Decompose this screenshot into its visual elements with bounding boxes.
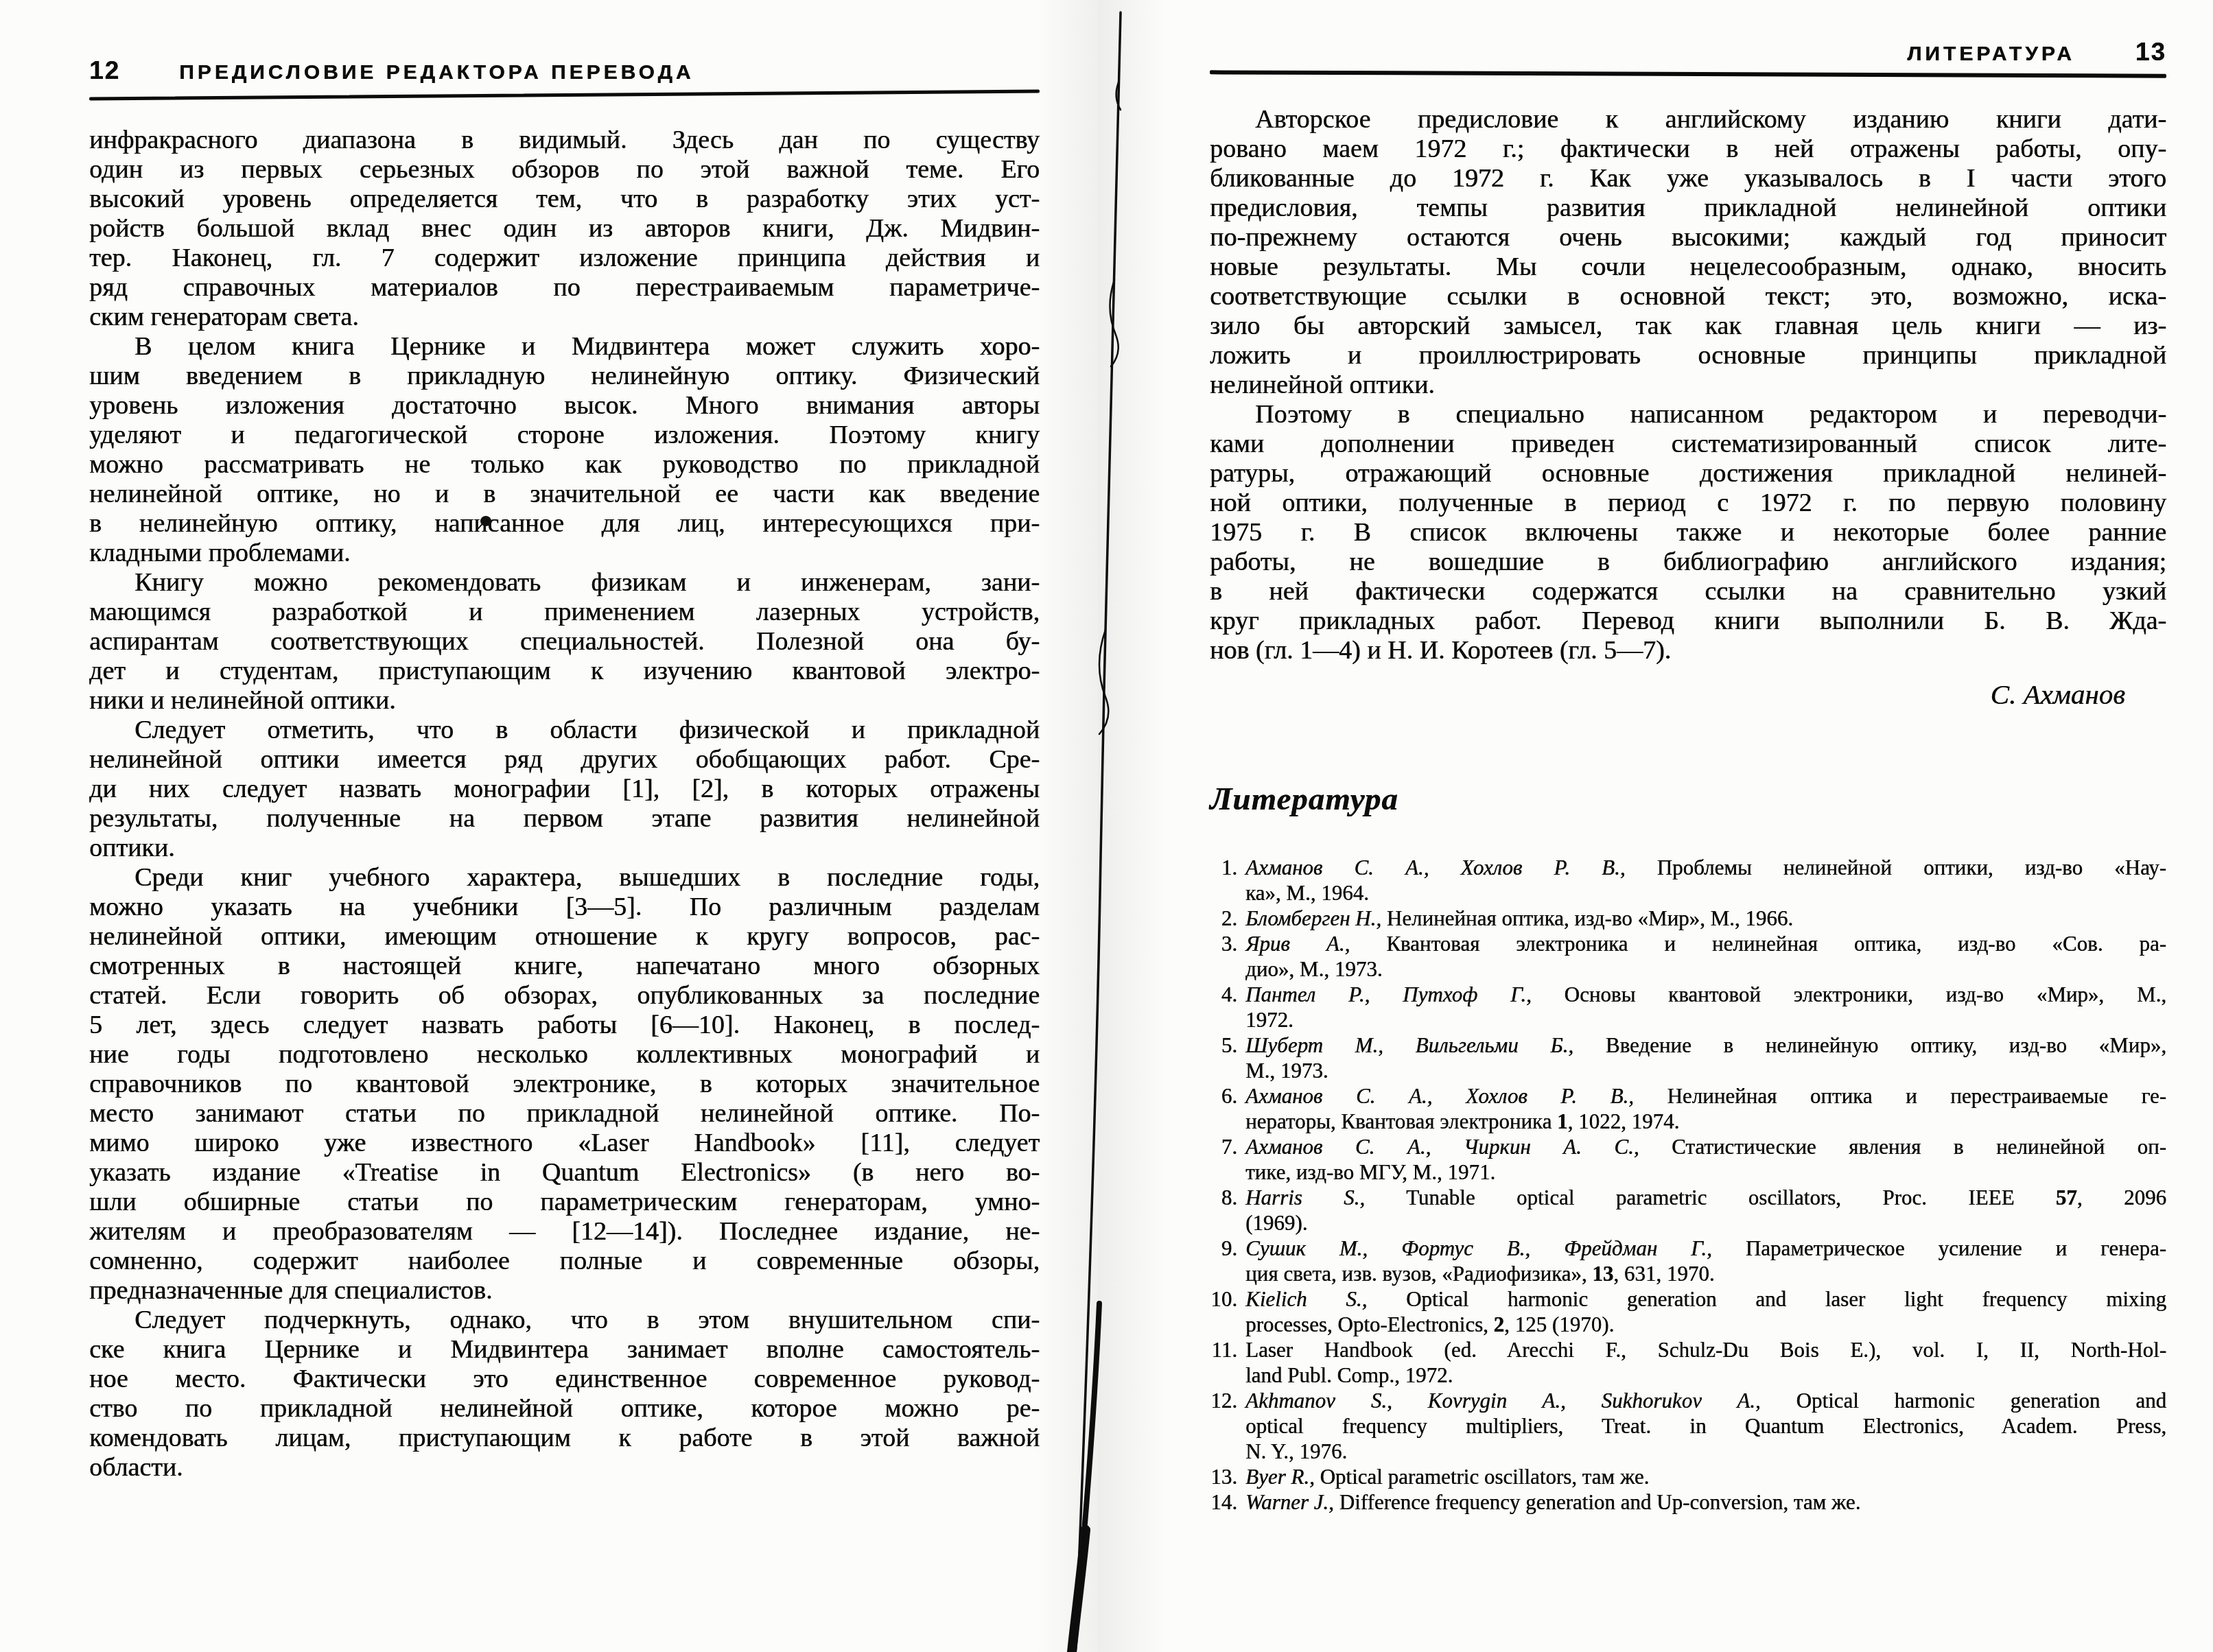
paragraph: Книгу можно рекомендовать физикам и инже… bbox=[89, 568, 1040, 716]
text-line: области. bbox=[89, 1453, 1040, 1483]
text-line: нелинейной оптики. bbox=[1210, 370, 2166, 400]
reference-item: 2.Бломберген Н., Нелинейная оптика, изд-… bbox=[1210, 906, 2166, 931]
text-line: ровано маем 1972 г.; фактически в ней от… bbox=[1210, 134, 2166, 164]
text-line: нераторы, Квантовая электроника 1, 1022,… bbox=[1245, 1109, 2166, 1134]
reference-number: 14. bbox=[1210, 1489, 1237, 1515]
text-line: 5 лет, здесь следует назвать работы [6—1… bbox=[89, 1011, 1040, 1040]
right-header-rule bbox=[1210, 70, 2166, 78]
right-page-number: 13 bbox=[2135, 38, 2166, 67]
text-line: нов (гл. 1—4) и Н. И. Коротеев (гл. 5—7)… bbox=[1210, 636, 2166, 665]
reference-item: 4.Пантел Р., Путхоф Г., Основы квантовой… bbox=[1210, 982, 2166, 1032]
text-line: круг прикладных работ. Перевод книги вып… bbox=[1210, 606, 2166, 636]
text-segment: Ахманов С. А., Чиркин А. С., bbox=[1245, 1135, 1639, 1159]
text-segment: Сушик М., Фортус В., Фрейдман Г., bbox=[1245, 1236, 1712, 1260]
left-running-title: ПРЕДИСЛОВИЕ РЕДАКТОРА ПЕРЕВОДА bbox=[179, 61, 694, 84]
text-segment: Kielich S., bbox=[1245, 1287, 1367, 1311]
reference-number: 8. bbox=[1210, 1185, 1237, 1210]
text-line: Поэтому в специально написанном редактор… bbox=[1210, 400, 2166, 429]
text-segment: Шуберт М., Вильгельми Б., bbox=[1245, 1033, 1573, 1057]
editor-signature: С. Ахманов bbox=[1210, 678, 2166, 711]
reference-item: 3.Ярив А., Квантовая электроника и нелин… bbox=[1210, 931, 2166, 982]
text-line: land Publ. Comp., 1972. bbox=[1245, 1362, 2166, 1388]
text-line: уделяют и педагогической стороне изложен… bbox=[89, 421, 1040, 450]
text-line: уровень изложения достаточно высок. Мног… bbox=[89, 391, 1040, 421]
text-line: Сушик М., Фортус В., Фрейдман Г., Параме… bbox=[1245, 1236, 2166, 1261]
text-line: ди них следует назвать монографии [1], [… bbox=[89, 775, 1040, 804]
text-segment: Akhmanov S., Kovrygin A., Sukhorukov A., bbox=[1245, 1389, 1761, 1413]
bibliography-list: 1.Ахманов С. А., Хохлов Р. В., Проблемы … bbox=[1210, 855, 2166, 1515]
text-segment: Статистические явления в нелинейной оп- bbox=[1639, 1135, 2166, 1159]
text-line: высокий уровень определяется тем, что в … bbox=[89, 185, 1040, 214]
left-page-number: 12 bbox=[89, 56, 120, 85]
text-segment: тике, изд-во МГУ, М., 1971. bbox=[1245, 1160, 1495, 1184]
text-line: ция света, изв. вузов, «Радиофизика», 13… bbox=[1245, 1261, 2166, 1286]
text-line: Ярив А., Квантовая электроника и нелиней… bbox=[1245, 931, 2166, 956]
reference-number: 10. bbox=[1210, 1286, 1237, 1312]
text-segment: 13 bbox=[1592, 1262, 1613, 1286]
text-line: Kielich S., Optical harmonic generation … bbox=[1245, 1286, 2166, 1312]
text-segment: Основы квантовой электроники, изд-во «Ми… bbox=[1532, 982, 2166, 1006]
text-line: Шуберт М., Вильгельми Б., Введение в нел… bbox=[1245, 1032, 2166, 1058]
text-line: справочников по квантовой электронике, в… bbox=[89, 1070, 1040, 1099]
text-line: Бломберген Н., Нелинейная оптика, изд-во… bbox=[1245, 906, 2166, 931]
text-line: можно указать на учебники [3—5]. По разл… bbox=[89, 893, 1040, 922]
text-line: ное место. Фактически это единственное с… bbox=[89, 1365, 1040, 1394]
text-line: сомненно, содержит наиболее полные и сов… bbox=[89, 1247, 1040, 1276]
text-line: ство по прикладной нелинейной оптике, ко… bbox=[89, 1394, 1040, 1424]
reference-item: 6.Ахманов С. А., Хохлов Р. В., Нелинейна… bbox=[1210, 1083, 2166, 1134]
text-line: работы, не вошедшие в библиографию англи… bbox=[1210, 547, 2166, 577]
reference-item: 9.Сушик М., Фортус В., Фрейдман Г., Пара… bbox=[1210, 1236, 2166, 1286]
text-line: ске книга Цернике и Мидвинтера занимает … bbox=[89, 1335, 1040, 1365]
text-line: ка», М., 1964. bbox=[1245, 880, 2166, 906]
text-segment: 1 bbox=[1557, 1109, 1568, 1133]
text-segment: Проблемы нелинейной оптики, изд-во «Нау- bbox=[1626, 855, 2166, 880]
text-line: аспирантам соответствующих специальносте… bbox=[89, 627, 1040, 657]
text-segment: Нелинейная оптика и перестраиваемые ге- bbox=[1634, 1084, 2166, 1108]
text-line: инфракрасного диапазона в видимый. Здесь… bbox=[89, 126, 1040, 155]
reference-item: 5.Шуберт М., Вильгельми Б., Введение в н… bbox=[1210, 1032, 2166, 1083]
text-segment: 1972. bbox=[1245, 1008, 1293, 1032]
text-line: Среди книг учебного характера, вышедших … bbox=[89, 863, 1040, 893]
text-line: мающимся разработкой и применением лазер… bbox=[89, 598, 1040, 627]
text-line: Книгу можно рекомендовать физикам и инже… bbox=[89, 568, 1040, 598]
paragraph: Следует подчеркнуть, однако, что в этом … bbox=[89, 1306, 1040, 1483]
reference-item: 12.Akhmanov S., Kovrygin A., Sukhorukov … bbox=[1210, 1388, 2166, 1464]
text-line: в ней фактически содержатся ссылки на ср… bbox=[1210, 577, 2166, 606]
left-header-rule bbox=[89, 90, 1040, 101]
paragraph: В целом книга Цернике и Мидвинтера может… bbox=[89, 332, 1040, 568]
text-line: зило бы авторский замысел, так как главн… bbox=[1210, 311, 2166, 341]
text-line: шли обширные статьи по параметрическим г… bbox=[89, 1188, 1040, 1217]
text-line: нелинейной оптике, но и в значительной е… bbox=[89, 480, 1040, 509]
text-segment: Difference frequency generation and Up-c… bbox=[1334, 1490, 1861, 1514]
reference-number: 1. bbox=[1210, 855, 1237, 880]
text-segment: , 125 (1970). bbox=[1504, 1312, 1614, 1336]
text-line: предназначенные для специалистов. bbox=[89, 1276, 1040, 1306]
text-line: дио», М., 1973. bbox=[1245, 956, 2166, 982]
reference-number: 5. bbox=[1210, 1032, 1237, 1058]
text-line: ским генераторам света. bbox=[89, 303, 1040, 332]
paragraph: Среди книг учебного характера, вышедших … bbox=[89, 863, 1040, 1306]
text-segment: (1969). bbox=[1245, 1211, 1307, 1235]
text-line: Пантел Р., Путхоф Г., Основы квантовой э… bbox=[1245, 982, 2166, 1007]
text-line: ние годы подготовлено несколько коллекти… bbox=[89, 1040, 1040, 1070]
text-segment: Пантел Р., Путхоф Г., bbox=[1245, 982, 1532, 1006]
text-line: тике, изд-во МГУ, М., 1971. bbox=[1245, 1159, 2166, 1185]
text-segment: , 631, 1970. bbox=[1613, 1262, 1714, 1286]
text-segment: Optical parametric oscillators, там же. bbox=[1315, 1465, 1650, 1489]
text-segment: Byer R., bbox=[1245, 1465, 1315, 1489]
text-line: 1975 г. В список включены также и некото… bbox=[1210, 518, 2166, 547]
text-line: место занимают статьи по прикладной нели… bbox=[89, 1099, 1040, 1129]
text-line: по-прежнему остаются очень высокими; каж… bbox=[1210, 223, 2166, 252]
text-line: мимо широко уже известного «Laser Handbo… bbox=[89, 1129, 1040, 1158]
right-page: ЛИТЕРАТУРА 13 Авторское предисловие к ан… bbox=[1210, 38, 2166, 1515]
text-line: Ахманов С. А., Чиркин А. С., Статистичес… bbox=[1245, 1134, 2166, 1159]
text-line: результаты, полученные на первом этапе р… bbox=[89, 804, 1040, 834]
book-scan-spread: { "header_left": { "page_number": "12", … bbox=[0, 0, 2213, 1652]
reference-item: 1.Ахманов С. А., Хохлов Р. В., Проблемы … bbox=[1210, 855, 2166, 906]
text-segment: Бломберген Н., bbox=[1245, 906, 1381, 930]
text-line: бликованные до 1972 г. Как уже указывало… bbox=[1210, 164, 2166, 193]
reference-number: 6. bbox=[1210, 1083, 1237, 1109]
left-body-text: инфракрасного диапазона в видимый. Здесь… bbox=[89, 126, 1040, 1483]
right-body-text: Авторское предисловие к английскому изда… bbox=[1210, 105, 2166, 665]
text-line: кладными проблемами. bbox=[89, 539, 1040, 568]
text-line: можно рассматривать не только как руково… bbox=[89, 450, 1040, 480]
text-line: комендовать лицам, приступающим к работе… bbox=[89, 1424, 1040, 1453]
reference-item: 10.Kielich S., Optical harmonic generati… bbox=[1210, 1286, 2166, 1337]
reference-item: 14.Warner J., Difference frequency gener… bbox=[1210, 1489, 2166, 1515]
reference-number: 7. bbox=[1210, 1134, 1237, 1159]
text-line: Следует отметить, что в области физическ… bbox=[89, 716, 1040, 745]
text-line: ратуры, отражающий основные достижения п… bbox=[1210, 459, 2166, 488]
reference-number: 12. bbox=[1210, 1388, 1237, 1413]
text-segment: Квантовая электроника и нелинейная оптик… bbox=[1350, 932, 2166, 956]
reference-number: 13. bbox=[1210, 1464, 1237, 1489]
text-segment: Ахманов С. А., Хохлов Р. В., bbox=[1245, 1084, 1634, 1108]
text-segment: ка», М., 1964. bbox=[1245, 881, 1369, 905]
text-line: указать издание «Treatise in Quantum Ele… bbox=[89, 1158, 1040, 1188]
text-segment: land Publ. Comp., 1972. bbox=[1245, 1363, 1453, 1387]
text-line: нелинейной оптики имеется ряд других обо… bbox=[89, 745, 1040, 775]
text-segment: Tunable optical parametric oscillators, … bbox=[1365, 1185, 2056, 1209]
text-line: один из первых серьезных обзоров по этой… bbox=[89, 155, 1040, 185]
ink-blot-artifact bbox=[480, 516, 491, 526]
text-line: В целом книга Цернике и Мидвинтера может… bbox=[89, 332, 1040, 362]
text-segment: optical frequency multipliers, Treat. in… bbox=[1245, 1414, 2166, 1438]
text-segment: М., 1973. bbox=[1245, 1059, 1328, 1083]
text-line: оптики. bbox=[89, 834, 1040, 863]
text-line: ками дополнении приведен систематизирова… bbox=[1210, 429, 2166, 459]
text-line: соответствующие ссылки в основной текст;… bbox=[1210, 282, 2166, 311]
text-line: тер. Наконец, гл. 7 содержит изложение п… bbox=[89, 244, 1040, 273]
reference-number: 9. bbox=[1210, 1236, 1237, 1261]
text-line: дет и студентам, приступающим к изучению… bbox=[89, 657, 1040, 686]
reference-item: 7.Ахманов С. А., Чиркин А. С., Статистич… bbox=[1210, 1134, 2166, 1185]
bibliography-heading: Литература bbox=[1210, 781, 2166, 818]
text-line: ройств большой вклад внес один из авторо… bbox=[89, 214, 1040, 244]
gutter-shadow-right bbox=[1098, 0, 1187, 1652]
text-segment: Параметрическое усиление и генера- bbox=[1712, 1236, 2166, 1260]
text-line: жителям и преобразователям — [12—14]). П… bbox=[89, 1217, 1040, 1247]
text-line: новые результаты. Мы сочли нецелесообраз… bbox=[1210, 252, 2166, 282]
text-line: статей. Если говорить об обзорах, опубли… bbox=[89, 981, 1040, 1011]
text-segment: дио», М., 1973. bbox=[1245, 957, 1382, 981]
text-segment: Введение в нелинейную оптику, изд-во «Ми… bbox=[1573, 1033, 2166, 1057]
text-segment: Ахманов С. А., Хохлов Р. В., bbox=[1245, 855, 1626, 880]
text-line: ложить и проиллюстрировать основные прин… bbox=[1210, 341, 2166, 370]
text-line: Warner J., Difference frequency generati… bbox=[1245, 1489, 2166, 1515]
text-segment: ция света, изв. вузов, «Радиофизика», bbox=[1245, 1262, 1592, 1286]
reference-item: 8.Harris S., Tunable optical parametric … bbox=[1210, 1185, 2166, 1236]
reference-item: 11.Laser Handbook (ed. Arecchi F., Schul… bbox=[1210, 1337, 2166, 1388]
text-segment: Warner J., bbox=[1245, 1490, 1334, 1514]
text-segment: нераторы, Квантовая электроника bbox=[1245, 1109, 1557, 1133]
text-line: Ахманов С. А., Хохлов Р. В., Нелинейная … bbox=[1245, 1083, 2166, 1109]
text-segment: processes, Opto-Electronics, bbox=[1245, 1312, 1494, 1336]
text-segment: Optical harmonic generation and bbox=[1761, 1389, 2166, 1413]
text-line: Akhmanov S., Kovrygin A., Sukhorukov A.,… bbox=[1245, 1388, 2166, 1413]
paragraph: инфракрасного диапазона в видимый. Здесь… bbox=[89, 126, 1040, 332]
left-page: 12 ПРЕДИСЛОВИЕ РЕДАКТОРА ПЕРЕВОДА инфрак… bbox=[89, 56, 1040, 1483]
text-line: processes, Opto-Electronics, 2, 125 (197… bbox=[1245, 1312, 2166, 1337]
text-line: ники и нелинейной оптики. bbox=[89, 686, 1040, 716]
reference-number: 3. bbox=[1210, 931, 1237, 956]
text-line: смотренных в настоящей книге, напечатано… bbox=[89, 952, 1040, 981]
text-segment: N. Y., 1976. bbox=[1245, 1439, 1347, 1463]
reference-number: 4. bbox=[1210, 982, 1237, 1007]
text-line: Авторское предисловие к английскому изда… bbox=[1210, 105, 2166, 134]
reference-number: 2. bbox=[1210, 906, 1237, 931]
text-line: в нелинейную оптику, написанное для лиц,… bbox=[89, 509, 1040, 539]
left-running-head: 12 ПРЕДИСЛОВИЕ РЕДАКТОРА ПЕРЕВОДА bbox=[89, 56, 1040, 85]
text-line: (1969). bbox=[1245, 1210, 2166, 1236]
text-line: 1972. bbox=[1245, 1007, 2166, 1032]
reference-item: 13.Byer R., Optical parametric oscillato… bbox=[1210, 1464, 2166, 1489]
text-line: ной оптики, полученные в период с 1972 г… bbox=[1210, 488, 2166, 518]
text-line: Byer R., Optical parametric oscillators,… bbox=[1245, 1464, 2166, 1489]
text-segment: Ярив А., bbox=[1245, 932, 1350, 956]
text-line: М., 1973. bbox=[1245, 1058, 2166, 1083]
text-segment: , 1022, 1974. bbox=[1568, 1109, 1680, 1133]
text-segment: Нелинейная оптика, изд-во «Мир», М., 196… bbox=[1381, 906, 1793, 930]
text-line: ряд справочных материалов по перестраива… bbox=[89, 273, 1040, 303]
text-segment: 2 bbox=[1494, 1312, 1505, 1336]
reference-number: 11. bbox=[1210, 1337, 1237, 1362]
text-line: предисловия, темпы развития прикладной н… bbox=[1210, 193, 2166, 223]
text-segment: Laser Handbook (ed. Arecchi F., Schulz-D… bbox=[1245, 1338, 2166, 1362]
text-segment: 57 bbox=[2056, 1185, 2077, 1209]
text-line: optical frequency multipliers, Treat. in… bbox=[1245, 1413, 2166, 1439]
paragraph: Авторское предисловие к английскому изда… bbox=[1210, 105, 2166, 400]
right-running-title: ЛИТЕРАТУРА bbox=[1907, 43, 2075, 66]
text-segment: Optical harmonic generation and laser li… bbox=[1367, 1287, 2166, 1311]
text-line: шим введением в прикладную нелинейную оп… bbox=[89, 362, 1040, 391]
text-line: Ахманов С. А., Хохлов Р. В., Проблемы не… bbox=[1245, 855, 2166, 880]
text-line: Следует подчеркнуть, однако, что в этом … bbox=[89, 1306, 1040, 1335]
text-segment: , 2096 bbox=[2077, 1185, 2166, 1209]
text-segment: Harris S., bbox=[1245, 1185, 1365, 1209]
right-running-head: ЛИТЕРАТУРА 13 bbox=[1210, 38, 2166, 67]
text-line: нелинейной оптики, имеющим отношение к к… bbox=[89, 922, 1040, 952]
text-line: Laser Handbook (ed. Arecchi F., Schulz-D… bbox=[1245, 1337, 2166, 1362]
text-line: Harris S., Tunable optical parametric os… bbox=[1245, 1185, 2166, 1210]
paragraph: Поэтому в специально написанном редактор… bbox=[1210, 400, 2166, 665]
text-line: N. Y., 1976. bbox=[1245, 1439, 2166, 1464]
paragraph: Следует отметить, что в области физическ… bbox=[89, 716, 1040, 863]
